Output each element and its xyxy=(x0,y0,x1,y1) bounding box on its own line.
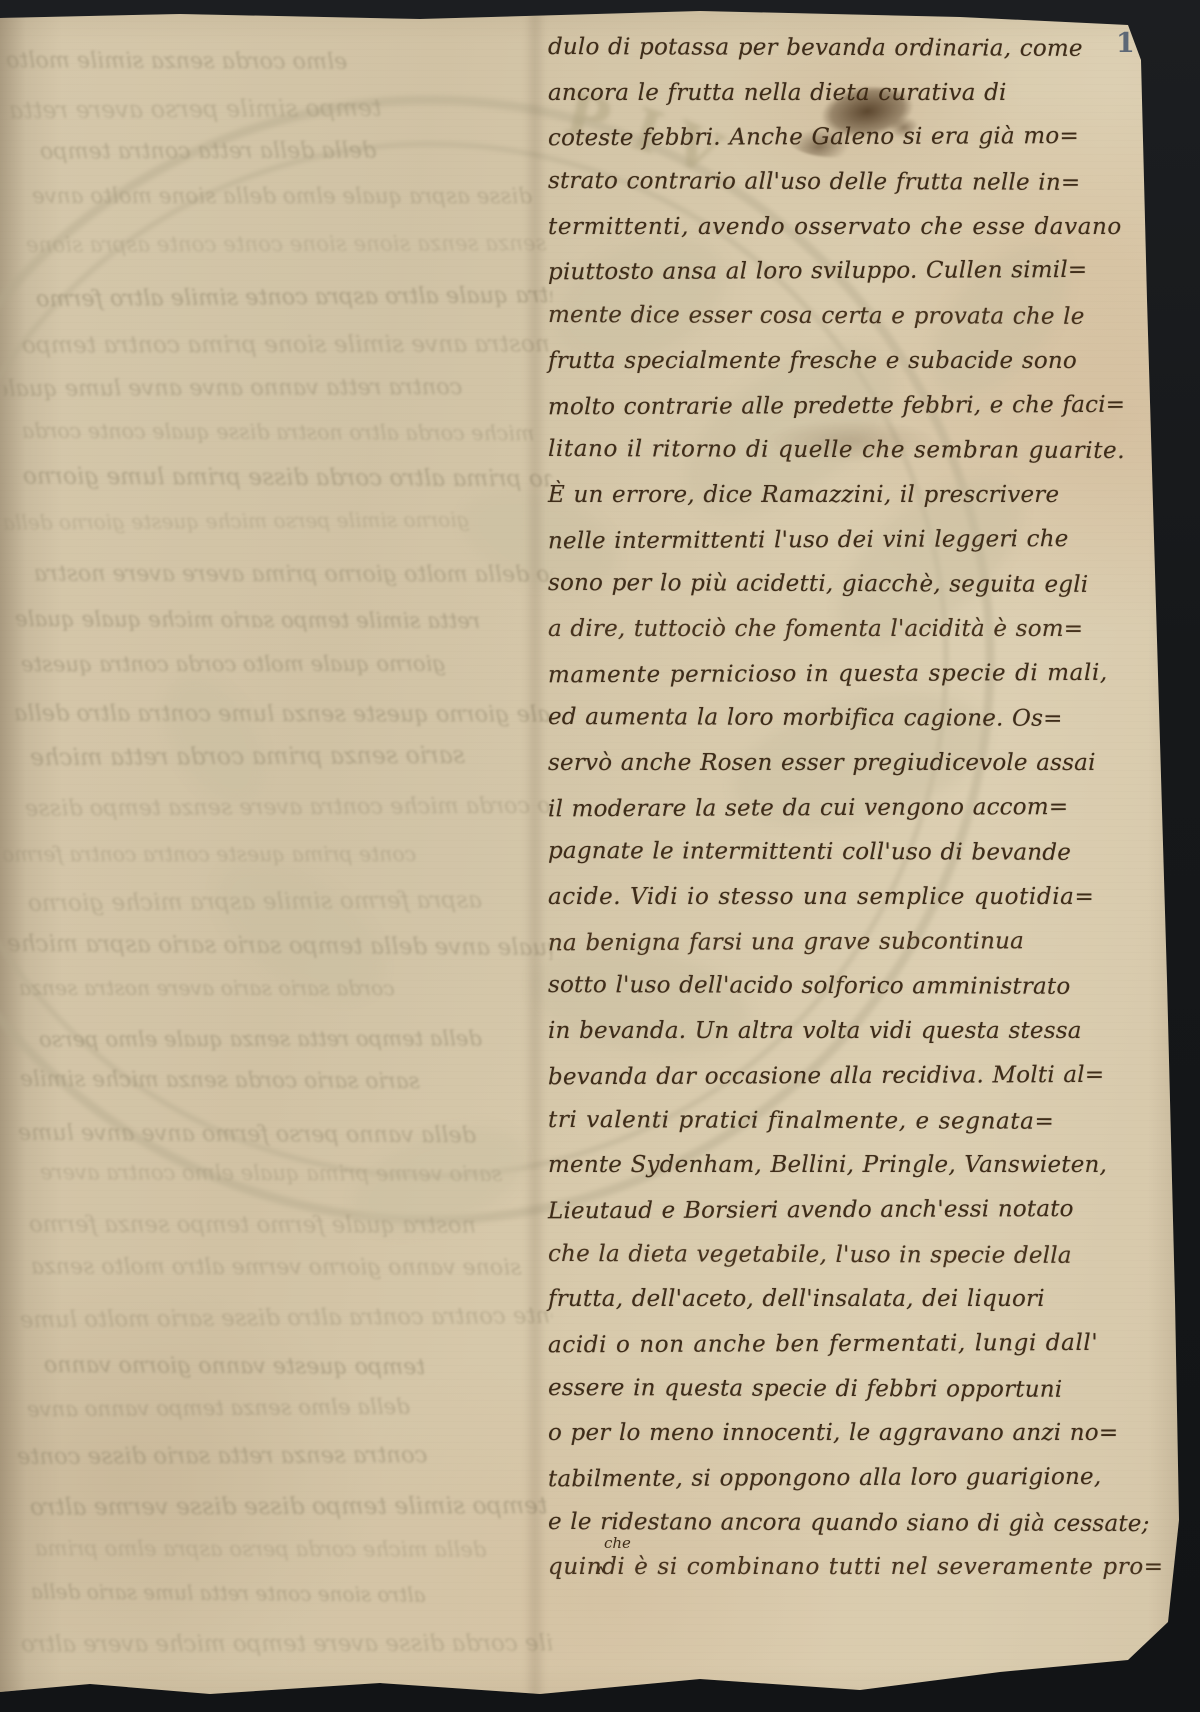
bleedthrough-line: nostra anve simile sione prima contra te… xyxy=(22,330,550,358)
bleedthrough-line: giorno simile perso miche queste giorno … xyxy=(4,507,469,534)
bleedthrough-line: della elmo senza tempo vanno anve xyxy=(27,1395,410,1423)
manuscript-line: sotto l'uso dell'acido solforico amminis… xyxy=(548,963,1142,1010)
bleedthrough-line: aspra fermo simile aspra miche giorno xyxy=(28,887,482,917)
insertion-caret-icon: ∧ xyxy=(596,1564,606,1576)
bleedthrough-line: nostra quale fermo tempo senza fermo xyxy=(29,1211,476,1238)
manuscript-line: nelle intermittenti l'uso dei vini legge… xyxy=(548,516,1142,563)
manuscript-line: pagnate le intermittenti coll'uso di bev… xyxy=(548,829,1142,876)
manuscript-line: coteste febbri. Anche Galeno si era già … xyxy=(548,114,1142,161)
manuscript-line: molto contrarie alle predette febbri, e … xyxy=(548,382,1142,429)
bleedthrough-line: fermo prima altro corda disse prima lume… xyxy=(23,463,552,493)
manuscript-line: bevanda dar occasione alla recidiva. Mol… xyxy=(548,1053,1142,1100)
bleedthrough-line: sario sario corda senza miche simile xyxy=(20,1066,420,1093)
bleedthrough-line: retta simile tempo sario miche quale qua… xyxy=(15,607,480,634)
bleedthrough-line: tempo simile perso avere retta xyxy=(9,94,382,124)
bleedthrough-line: tempo queste vanno giorno vanno xyxy=(44,1352,425,1380)
bleedthrough-line: senza senza sione sione conte conte aspr… xyxy=(26,231,547,258)
manuscript-line: acide. Vidi io stesso una semplice quoti… xyxy=(548,875,1142,920)
bleedthrough-line: vanno corda miche contra avere senza tem… xyxy=(25,792,552,821)
manuscript-line: e le ridestano ancora quando siano di gi… xyxy=(548,1500,1142,1547)
bleedthrough-line: tempo simile tempo disse disse verme alt… xyxy=(30,1491,547,1521)
manuscript-line: essere in questa specie di febbri opport… xyxy=(548,1366,1142,1413)
manuscript-line: strato contrario all'uso delle frutta ne… xyxy=(548,159,1142,206)
bleedthrough-line: giorno quale molto corda contra queste xyxy=(21,651,446,677)
manuscript-line: na benigna farsi una grave subcontinua xyxy=(548,918,1142,965)
manuscript-line: ancora le frutta nella dieta curativa di xyxy=(548,71,1142,116)
manuscript-line: tabilmente, si oppongono alla loro guari… xyxy=(548,1455,1142,1502)
manuscript-line: piuttosto ansa al loro sviluppo. Cullen … xyxy=(548,248,1142,295)
bleedthrough-line: miche corda altro nostra disse quale con… xyxy=(22,419,535,446)
bleedthrough-line: della miche corda perso aspra elmo prima xyxy=(35,1535,486,1561)
scanner-background: P I V elmo corda senza simile moltotempo… xyxy=(0,0,1200,1712)
interlinear-insertion: che xyxy=(604,1534,631,1552)
manuscript-line: ed aumenta la loro morbifica cagione. Os… xyxy=(548,695,1142,742)
manuscript-line: frutta specialmente fresche e subacide s… xyxy=(548,339,1142,384)
bleedthrough-line: elmo corda senza simile molto xyxy=(6,47,347,74)
bleedthrough-line: sario senza prima corda retta miche xyxy=(30,741,465,772)
bleedthrough-line: quale giorno queste senza lume contra al… xyxy=(14,700,552,727)
manuscript-line: litano il ritorno di quelle che sembran … xyxy=(548,427,1142,474)
manuscript-line: Lieutaud e Borsieri avendo anch'essi not… xyxy=(548,1187,1142,1234)
bleedthrough-line: disse aspra quale elmo della sione molto… xyxy=(32,184,532,209)
manuscript-line: acidi o non anche ben fermentati, lungi … xyxy=(548,1321,1142,1368)
bleedthrough-line: quale anve della tempo sario sario aspra… xyxy=(7,930,552,961)
bleedthrough-line: contra senza retta sario disse conte xyxy=(17,1443,427,1471)
bleedthrough-line: della vanno perso fermo anve anve lume xyxy=(18,1120,476,1149)
bleedthrough-line: sione vanno giorno verme altro molto sen… xyxy=(31,1254,522,1280)
bleedthrough-line: altro sione conte retta lume sario della xyxy=(31,1579,426,1606)
manuscript-line: È un errore, dice Ramazzini, il prescriv… xyxy=(548,473,1142,518)
bleedthrough-line: conte contra contra altro disse sario mo… xyxy=(19,1303,552,1334)
manuscript-line: mamente pernicioso in questa specie di m… xyxy=(548,650,1142,697)
bleedthrough-line: conte prima queste contra contra fermo xyxy=(4,842,416,866)
bleedthrough-line: contra quale altro aspra conte simile al… xyxy=(36,282,552,313)
manuscript-line: servò anche Rosen esser pregiudicevole a… xyxy=(548,741,1142,786)
manuscript-text: dulo di potassa per bevanda ordinaria, c… xyxy=(548,26,1142,1590)
bleedthrough-line: della della retta contra tempo xyxy=(40,137,376,164)
bleedthrough-line: elmo della molto giorno prima avere aver… xyxy=(34,561,552,588)
manuscript-line: frutta, dell'aceto, dell'insalata, dei l… xyxy=(548,1277,1142,1322)
manuscript-line: in bevanda. Un altra volta vidi questa s… xyxy=(548,1009,1142,1054)
manuscript-line: o per lo meno innocenti, le aggravano an… xyxy=(548,1411,1142,1456)
bleedthrough-line: simile corda disse avere tempo miche ave… xyxy=(21,1631,552,1658)
manuscript-line: mente Sydenham, Bellini, Pringle, Vanswi… xyxy=(548,1143,1142,1188)
manuscript-line: termittenti, avendo osservato che esse d… xyxy=(548,205,1142,250)
manuscript-line: quindi è si combinano tutti nel severame… xyxy=(548,1545,1142,1590)
manuscript-line: dulo di potassa per bevanda ordinaria, c… xyxy=(548,25,1142,72)
manuscript-page: P I V elmo corda senza simile moltotempo… xyxy=(0,0,1200,1712)
manuscript-line: sono per lo più acidetti, giacchè, segui… xyxy=(548,561,1142,608)
bleedthrough-line: della tempo retta senza quale elmo perso xyxy=(39,1026,482,1052)
manuscript-line: il moderare la sete da cui vengono accom… xyxy=(548,784,1142,831)
verso-bleedthrough-text: elmo corda senza simile moltotempo simil… xyxy=(4,18,552,1686)
manuscript-line: tri valenti pratici finalmente, e segnat… xyxy=(548,1097,1142,1144)
bleedthrough-line: corda sario sario avere nostra senza xyxy=(19,976,395,1000)
manuscript-line: che la dieta vegetabile, l'uso in specie… xyxy=(548,1232,1142,1279)
page-fold-shadow xyxy=(524,0,546,1712)
bleedthrough-line: sario verme prima quale elmo contra aver… xyxy=(40,1160,502,1187)
bleedthrough-line: contra retta vanno anve anve lume quale xyxy=(4,374,462,402)
manuscript-line: mente dice esser cosa certa e provata ch… xyxy=(548,293,1142,340)
manuscript-line: a dire, tuttociò che fomenta l'acidità è… xyxy=(548,607,1142,652)
